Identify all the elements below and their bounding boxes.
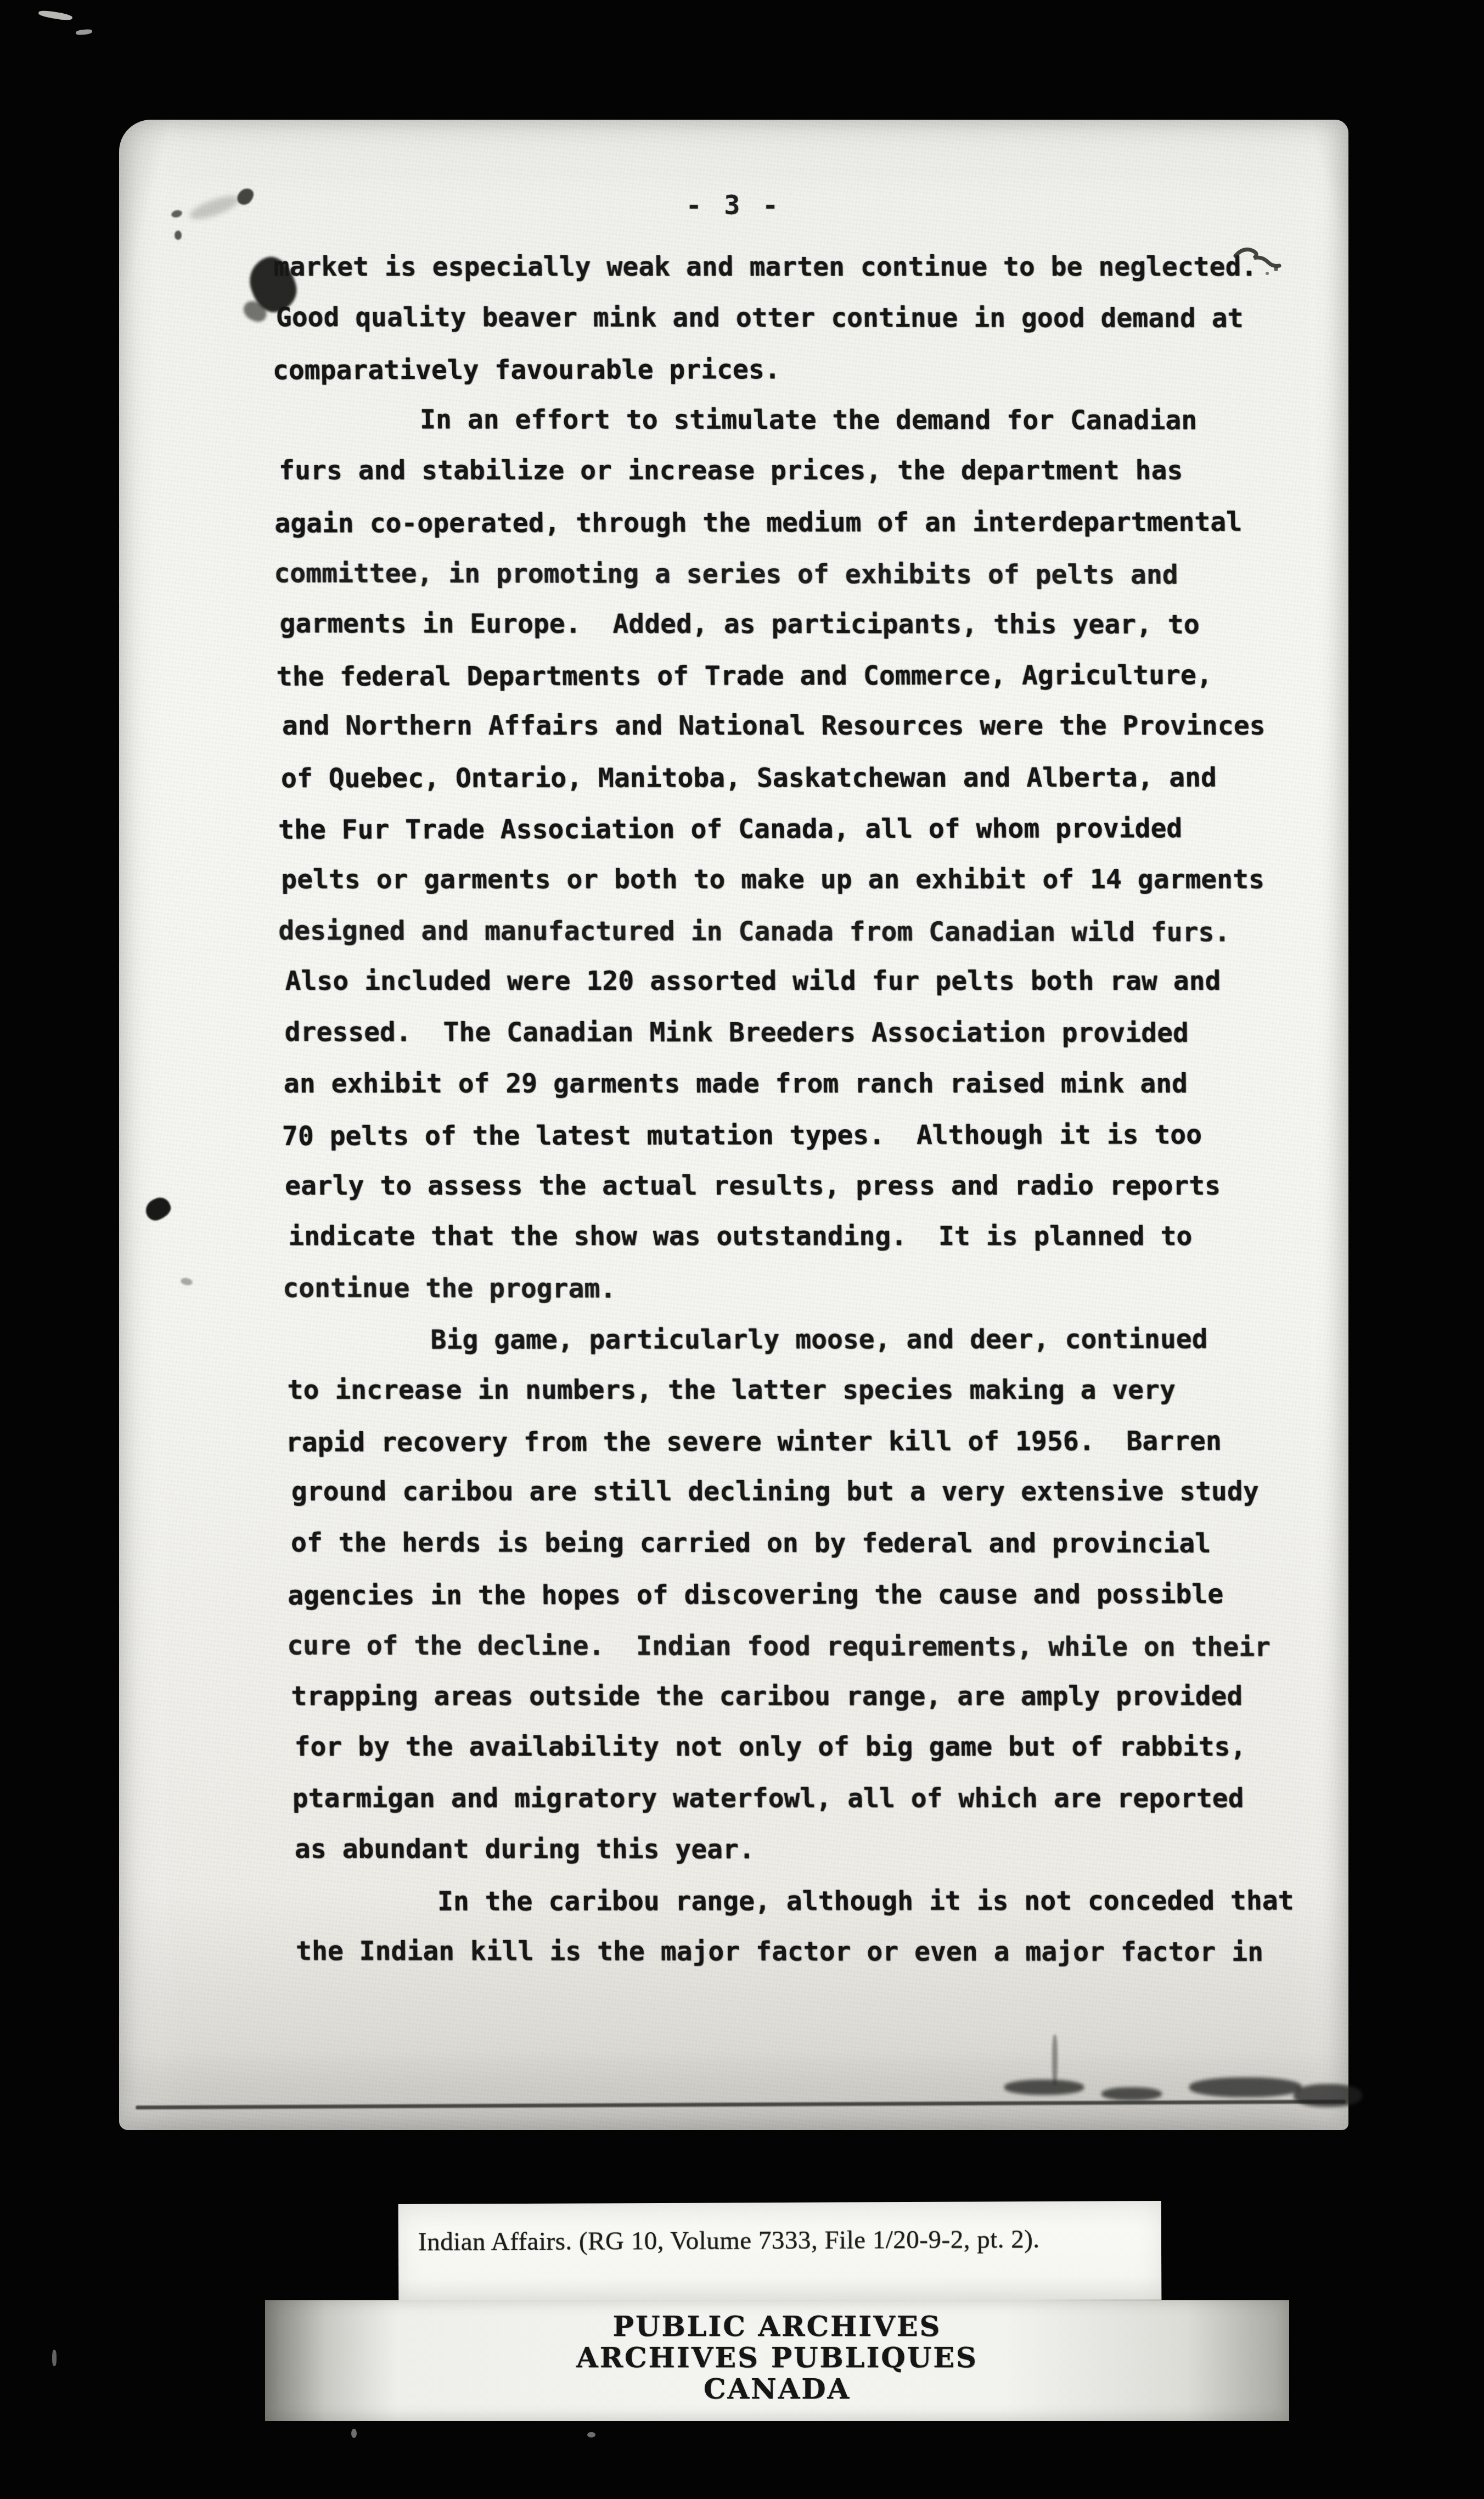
edge-blotch (1294, 2084, 1362, 2107)
paper-speck (180, 1277, 193, 1286)
film-speck (52, 2350, 57, 2366)
stamp-line-english: PUBLIC ARCHIVES (265, 2311, 1289, 2343)
archive-reference-strip: Indian Affairs. (RG 10, Volume 7333, Fil… (398, 2201, 1162, 2303)
typed-line: 70 pelts of the latest mutation types. A… (282, 1109, 1369, 1162)
typed-line: pelts or garments or both to make up an … (281, 854, 1368, 905)
edge-blotch (1004, 2080, 1084, 2095)
paper-speck (175, 231, 182, 240)
edge-blotch (1101, 2087, 1162, 2100)
typed-line: market is especially weak and marten con… (273, 242, 1361, 293)
edge-scratch (1052, 2035, 1058, 2085)
typed-line: of the herds is being carried on by fede… (290, 1517, 1378, 1570)
typed-line: rapid recovery from the severe winter ki… (285, 1415, 1373, 1468)
typed-line: comparatively favourable prices. (272, 343, 1359, 396)
typed-line: garments in Europe. Added, as participan… (279, 598, 1367, 651)
typed-line: the federal Departments of Trade and Com… (276, 649, 1363, 702)
typed-line: committee, in promoting a series of exhi… (274, 548, 1361, 601)
film-speck (38, 9, 72, 21)
typed-line: continue the program. (283, 1263, 1370, 1315)
typed-line: the Fur Trade Association of Canada, all… (278, 803, 1365, 855)
typed-line: In an effort to stimulate the demand for… (277, 394, 1364, 446)
stamp-line-french: ARCHIVES PUBLIQUES (265, 2343, 1289, 2374)
typed-line: as abundant during this year. (294, 1824, 1381, 1876)
film-speck (76, 29, 93, 35)
typed-line: In the caribou range, although it is not… (294, 1875, 1381, 1928)
typed-line: trapping areas outside the caribou range… (291, 1671, 1378, 1722)
scan-background: - 3 - market is especially weak and mart… (0, 0, 1484, 2499)
typed-line: ptarmigan and migratory waterfowl, all o… (292, 1773, 1379, 1824)
archive-reference-text: Indian Affairs. (RG 10, Volume 7333, Fil… (418, 2225, 1040, 2257)
typed-line: indicate that the show was outstanding. … (288, 1211, 1375, 1262)
typed-line: dressed. The Canadian Mink Breeders Asso… (284, 1007, 1371, 1059)
typed-line: ground caribou are still declining but a… (291, 1466, 1378, 1517)
page-fold-line (136, 2100, 1346, 2110)
document-page: - 3 - market is especially weak and mart… (119, 120, 1348, 2130)
film-speck (351, 2429, 357, 2438)
typed-line: for by the availability not only of big … (294, 1722, 1381, 1773)
edge-blotch (1189, 2077, 1302, 2097)
public-archives-stamp-text: PUBLIC ARCHIVES ARCHIVES PUBLIQUES CANAD… (265, 2311, 1289, 2405)
typed-line: an exhibit of 29 garments made from ranc… (283, 1058, 1370, 1110)
typed-line: to increase in numbers, the latter speci… (287, 1365, 1374, 1416)
typed-line: Good quality beaver mink and otter conti… (276, 292, 1363, 344)
typed-line: early to assess the actual results, pres… (284, 1161, 1371, 1212)
typed-line: cure of the decline. Indian food require… (287, 1620, 1374, 1673)
typed-line: the Indian kill is the major factor or e… (296, 1926, 1383, 1978)
typed-line: again co-operated, through the medium of… (274, 496, 1362, 549)
public-archives-stamp: PUBLIC ARCHIVES ARCHIVES PUBLIQUES CANAD… (265, 2300, 1289, 2421)
ink-dot-artifact (143, 1195, 174, 1223)
typed-line: designed and manufactured in Canada from… (278, 905, 1365, 958)
typed-line: agencies in the hopes of discovering the… (288, 1568, 1375, 1621)
typed-line: furs and stabilize or increase prices, t… (279, 445, 1366, 496)
typed-line: Big game, particularly moose, and deer, … (288, 1314, 1375, 1366)
typed-text-block: market is especially weak and marten con… (273, 242, 1381, 1977)
typed-line: Also included were 120 assorted wild fur… (285, 956, 1372, 1007)
typed-line: and Northern Affairs and National Resour… (282, 701, 1369, 752)
stamp-line-country: CANADA (265, 2374, 1289, 2405)
ink-blob-tail-artifact (240, 298, 270, 325)
page-number: - 3 - (119, 190, 1348, 221)
typed-line: of Quebec, Ontario, Manitoba, Saskatchew… (280, 752, 1368, 804)
film-speck (587, 2432, 595, 2438)
